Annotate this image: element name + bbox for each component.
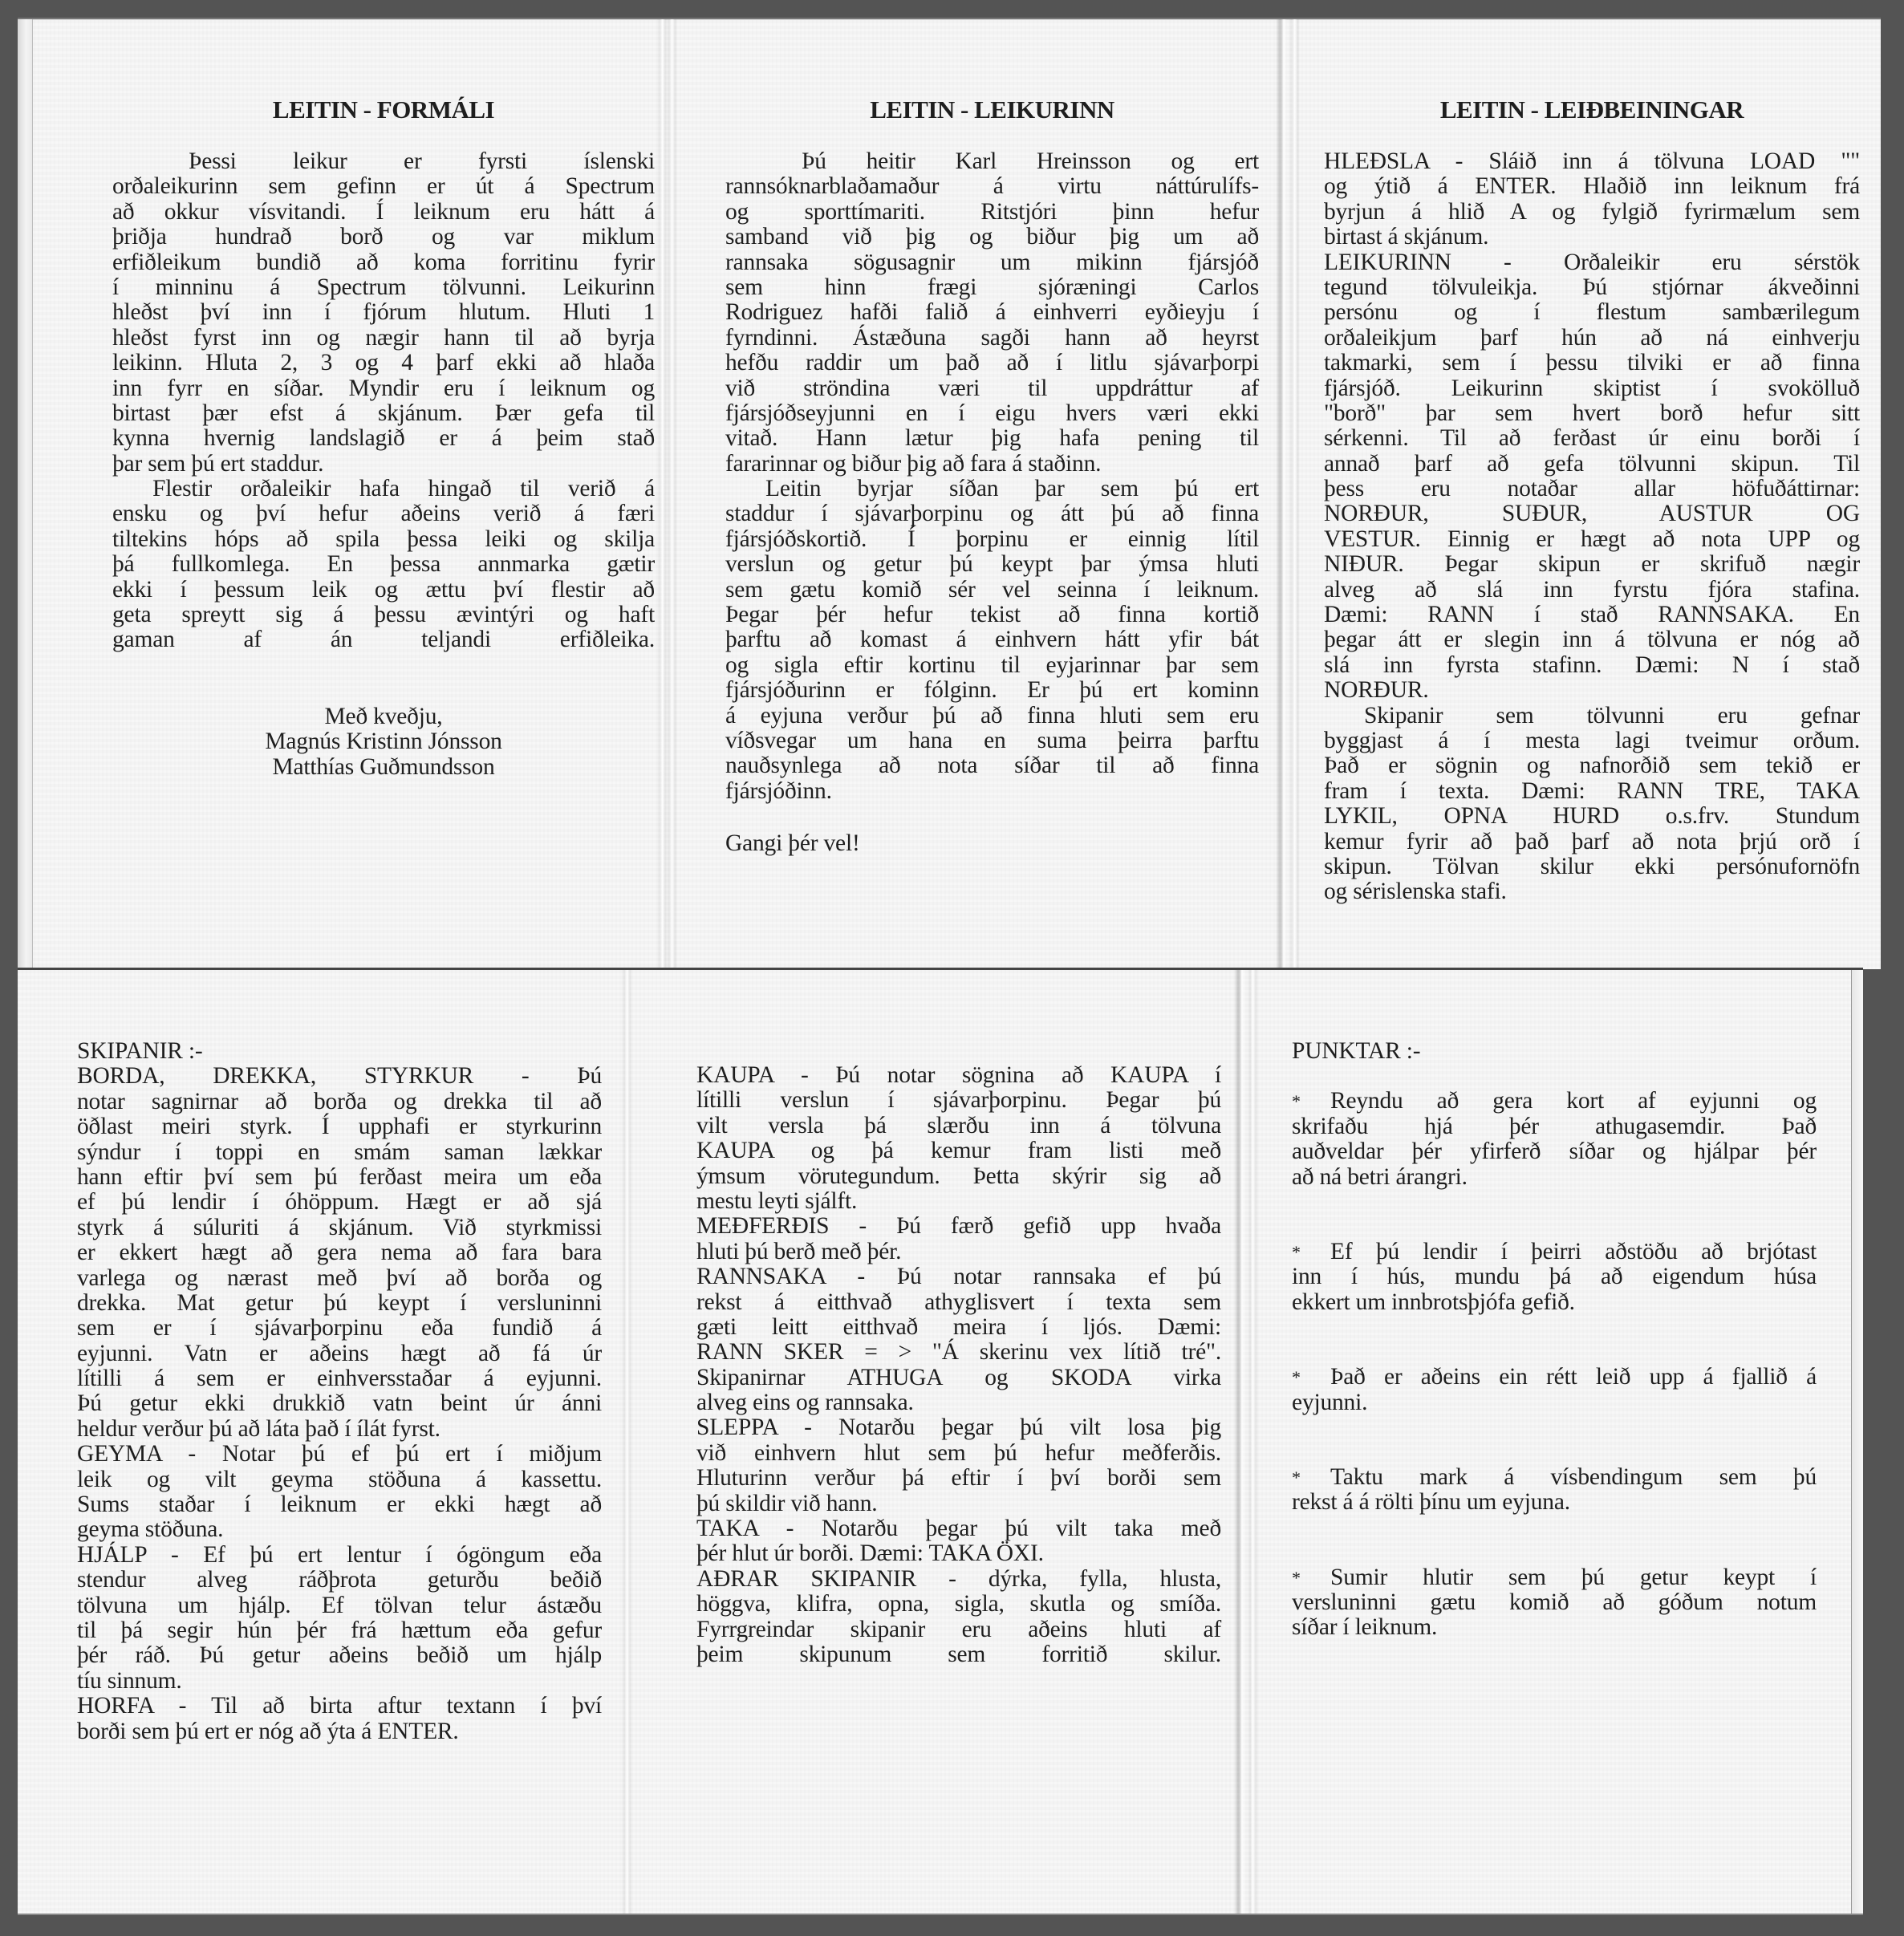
fold-crease bbox=[1247, 970, 1258, 1914]
text-line: og sporttímariti. Ritstjóri þinn hefur bbox=[725, 200, 1259, 225]
text-line: við ströndina væri til uppdráttur af bbox=[725, 376, 1259, 401]
text-line: fjársjóðurinn er fólginn. Er þú ert komi… bbox=[725, 678, 1259, 703]
text-line: kemur fyrir að það þarf að nota þrjú orð… bbox=[1324, 830, 1860, 854]
text-line: vitað. Hann lætur þig hafa pening til bbox=[725, 426, 1259, 451]
command-list: KAUPA - Þú notar sögnina að KAUPA ílítil… bbox=[696, 1063, 1221, 1667]
section-heading: LEITIN - FORMÁLI bbox=[112, 96, 655, 124]
text-line: alveg að slá inn fyrstu fjóra stafina. bbox=[1324, 578, 1860, 603]
text-line: við einhvern hlut sem þú hefur meðferðis… bbox=[696, 1441, 1221, 1466]
text-line: TAKA - Notarðu þegar þú vilt taka með bbox=[696, 1516, 1221, 1541]
text-line: þess eru notaðar allar höfuðáttirnar: bbox=[1324, 477, 1860, 501]
text-line: inn fyrr en síðar. Myndir eru í leiknum … bbox=[112, 376, 655, 401]
text-line: skrifaðu hjá þér athugasemdir. Það bbox=[1292, 1114, 1817, 1139]
text-line: erfiðleikum bundið að koma forritinu fyr… bbox=[112, 250, 655, 275]
text-line: hluti þú berð með þér. bbox=[696, 1240, 1221, 1264]
text-line: að ná betri árangri. bbox=[1292, 1165, 1817, 1190]
text-line: birtast á skjánum. bbox=[1324, 225, 1860, 250]
tip-item: *Taktu mark á vísbendingum sem þúrekst á… bbox=[1292, 1465, 1817, 1516]
paragraph: Þú heitir Karl Hreinsson og ertrannsókna… bbox=[725, 149, 1259, 477]
text-line: byggjast á í mesta lagi tveimur orðum. bbox=[1324, 729, 1860, 753]
text-line: RANN SKER = > "Á skerinu vex lítið tré". bbox=[696, 1340, 1221, 1365]
tip-item: *Reyndu að gera kort af eyjunni ogskrifa… bbox=[1292, 1089, 1817, 1190]
text-line: þegar átt er slegin inn á tölvuna er nóg… bbox=[1324, 627, 1860, 652]
bullet-icon: * bbox=[1292, 1240, 1330, 1264]
text-line: fararinnar og biður þig að fara á staðin… bbox=[725, 452, 1259, 477]
text-line: Rodriguez hafði falið á einhverri eyðiey… bbox=[725, 300, 1259, 325]
text-line: NORÐUR. bbox=[1324, 678, 1860, 703]
text-line: HORFA - Til að birta aftur textann í því bbox=[77, 1694, 602, 1719]
text-line: kynna hvernig landslagið er á þeim stað bbox=[112, 426, 655, 451]
text-line: sem gætu komið sér vel seinna í leiknum. bbox=[725, 578, 1259, 603]
signature-block: Með kveðju, Magnús Kristinn Jónsson Matt… bbox=[112, 704, 655, 780]
tip-item: *Það er aðeins ein rétt leið upp á fjall… bbox=[1292, 1365, 1817, 1415]
text-line: nauðsynlega að nota síðar til að finna bbox=[725, 753, 1259, 778]
text-line: notar sagnirnar að borða og drekka til a… bbox=[77, 1090, 602, 1114]
text-line: Skipanir sem tölvunni eru gefnar bbox=[1324, 704, 1860, 729]
text-line: Sums staðar í leiknum er ekki hægt að bbox=[77, 1492, 602, 1517]
leaflet-sheet-back: SKIPANIR :- BORDA, DREKKA, STYRKUR - Þún… bbox=[18, 968, 1863, 1915]
paragraph: Þessi leikur er fyrsti íslenskiorðaleiku… bbox=[112, 149, 655, 477]
text-line: annað þarf að gefa tölvunni skipun. Til bbox=[1324, 452, 1860, 477]
text-line: þér ráð. Þú getur aðeins beðið um hjálp bbox=[77, 1643, 602, 1668]
text-line: tíu sinnum. bbox=[77, 1669, 602, 1694]
text-line: sem er í sjávarþorpinu eða fundið á bbox=[77, 1316, 602, 1341]
text-line: RANNSAKA - Þú notar rannsaka ef þú bbox=[696, 1264, 1221, 1289]
text-line: eyjunni. Vatn er aðeins hægt að fá úr bbox=[77, 1341, 602, 1366]
paragraph: Skipanir sem tölvunni eru gefnarbyggjast… bbox=[1324, 704, 1860, 905]
panel-leikurinn: LEITIN - LEIKURINN Þú heitir Karl Hreins… bbox=[725, 96, 1259, 857]
panel-formali: LEITIN - FORMÁLI Þessi leikur er fyrsti … bbox=[112, 96, 655, 780]
fold-crease bbox=[666, 19, 677, 969]
text-line: hleðst fyrst inn og nægir hann til að by… bbox=[112, 326, 655, 351]
text-line: er ekkert hægt að gera nema að fara bara bbox=[77, 1240, 602, 1265]
panel-punktar: PUNKTAR :- *Reyndu að gera kort af eyjun… bbox=[1292, 1039, 1817, 1641]
text-line: inn í hús, mundu þá að eigendum húsa bbox=[1292, 1264, 1817, 1289]
text-line: gæti leitt eitthvað meira í ljós. Dæmi: bbox=[696, 1315, 1221, 1340]
text-line: rekst á á rölti þínu um eyjuna. bbox=[1292, 1490, 1817, 1515]
text-line: lítilli á sem er einhversstaðar á eyjunn… bbox=[77, 1366, 602, 1391]
text-line: þú skildir við hann. bbox=[696, 1492, 1221, 1516]
text-line: sýndur í toppi en smám saman lækkar bbox=[77, 1140, 602, 1165]
text-line: Skipanirnar ATHUGA og SKODA virka bbox=[696, 1366, 1221, 1390]
text-line: Leitin byrjar síðan þar sem þú ert bbox=[725, 477, 1259, 501]
text-line: orðaleikjum þarf hún að ná einhverju bbox=[1324, 326, 1860, 351]
text-line: ýmsum vörutegundum. Þetta skýrir sig að bbox=[696, 1164, 1221, 1189]
bullet-icon: * bbox=[1292, 1089, 1330, 1114]
section-heading: LEITIN - LEIÐBEININGAR bbox=[1324, 96, 1860, 124]
text-line: rannsaka sögusagnir um mikinn fjársjóð bbox=[725, 250, 1259, 275]
text-line: alveg eins og rannsaka. bbox=[696, 1390, 1221, 1415]
text-line: ekkert um innbrotsþjófa gefið. bbox=[1292, 1290, 1817, 1315]
text-line: AÐRAR SKIPANIR - dýrka, fylla, hlusta, bbox=[696, 1567, 1221, 1592]
bullet-icon: * bbox=[1292, 1565, 1330, 1590]
text-line: sem hinn frægi sjóræningi Carlos bbox=[725, 275, 1259, 300]
text-line: orðaleikurinn sem gefinn er út á Spectru… bbox=[112, 174, 655, 199]
text-line: fjársjóðseyjunni en í eigu hvers væri ek… bbox=[725, 401, 1259, 426]
text-line: samband við þig og biður þig um að bbox=[725, 225, 1259, 250]
leaflet-sheet-front: LEITIN - FORMÁLI Þessi leikur er fyrsti … bbox=[18, 18, 1881, 969]
closing-text: Gangi þér vel! bbox=[725, 831, 1259, 856]
fold-crease bbox=[621, 970, 632, 1914]
text-line: Fyrrgreindar skipanir eru aðeins hluti a… bbox=[696, 1617, 1221, 1642]
text-line: fyrndinni. Ástæðuna sagði hann að heyrst bbox=[725, 326, 1259, 351]
text-line: *Reyndu að gera kort af eyjunni og bbox=[1292, 1089, 1817, 1114]
text-line: víðsvegar um hana en suma þeirra þarftu bbox=[725, 729, 1259, 753]
text-line: í minninu á Spectrum tölvunni. Leikurinn bbox=[112, 275, 655, 300]
text-line: Þú getur ekki drukkið vatn beint úr ánni bbox=[77, 1391, 602, 1416]
text-line: rannsóknarblaðamaður á virtu náttúrulífs… bbox=[725, 174, 1259, 199]
text-line: fjársjóðinn. bbox=[725, 779, 1259, 804]
text-line: tegund tölvuleikja. Þú stjórnar ákveðinn… bbox=[1324, 275, 1860, 300]
text-line: og sigla eftir kortinu til eyjarinnar þa… bbox=[725, 653, 1259, 678]
text-line: Þú heitir Karl Hreinsson og ert bbox=[725, 149, 1259, 174]
text-line: heldur verður þú að láta það í ílát fyrs… bbox=[77, 1417, 602, 1442]
text-line: byrjun á hlið A og fylgið fyrirmælum sem bbox=[1324, 200, 1860, 225]
tips-list: *Reyndu að gera kort af eyjunni ogskrifa… bbox=[1292, 1089, 1817, 1640]
text-line: ensku og því hefur aðeins verið á færi bbox=[112, 501, 655, 526]
author-name: Magnús Kristinn Jónsson bbox=[112, 729, 655, 754]
text-line: þar sem þú ert staddur. bbox=[112, 452, 655, 477]
fold-crease bbox=[1276, 19, 1287, 969]
text-line: verslun og getur þú keypt þar ýmsa hluti bbox=[725, 552, 1259, 577]
text-line: og sérislenska stafi. bbox=[1324, 879, 1860, 904]
text-line: SLEPPA - Notarðu þegar þú vilt losa þig bbox=[696, 1415, 1221, 1440]
text-line: þér hlut úr borði. Dæmi: TAKA ÖXI. bbox=[696, 1541, 1221, 1566]
text-line: lítilli verslun í sjávarþorpinu. Þegar þ… bbox=[696, 1088, 1221, 1113]
text-line: fram í texta. Dæmi: RANN TRE, TAKA bbox=[1324, 779, 1860, 804]
text-line: takmarki, sem í þessu tilviki er að finn… bbox=[1324, 351, 1860, 375]
text-line: rekst á eitthvað athyglisvert í texta se… bbox=[696, 1290, 1221, 1315]
text-line: gaman af án teljandi erfiðleika. bbox=[112, 627, 655, 652]
text-line: "borð" þar sem hvert borð hefur sitt bbox=[1324, 401, 1860, 426]
paper-edge bbox=[1851, 970, 1863, 1914]
fold-crease bbox=[1234, 970, 1245, 1914]
text-line: geta spreytt sig á þessu ævintýri og haf… bbox=[112, 603, 655, 627]
text-line: slá inn fyrsta stafinn. Dæmi: N í stað bbox=[1324, 653, 1860, 678]
text-line: skipun. Tölvan skilur ekki persónufornöf… bbox=[1324, 854, 1860, 879]
text-line: höggva, klifra, opna, sigla, skutla og s… bbox=[696, 1592, 1221, 1617]
signoff-text: Með kveðju, bbox=[112, 704, 655, 729]
text-line: eyjunni. bbox=[1292, 1390, 1817, 1415]
text-line: þá fullkomlega. En þessa annmarka gætir bbox=[112, 552, 655, 577]
text-line: HJÁLP - Ef þú ert lentur í ógöngum eða bbox=[77, 1543, 602, 1568]
text-line: KAUPA - Þú notar sögnina að KAUPA í bbox=[696, 1063, 1221, 1088]
text-line: Þessi leikur er fyrsti íslenski bbox=[112, 149, 655, 174]
section-heading: SKIPANIR :- bbox=[77, 1039, 602, 1064]
text-line: GEYMA - Notar þú ef þú ert í miðjum bbox=[77, 1442, 602, 1467]
text-line: *Ef þú lendir í þeirri aðstöðu að brjóta… bbox=[1292, 1240, 1817, 1264]
text-line: NORÐUR, SUÐUR, AUSTUR OG bbox=[1324, 501, 1860, 526]
text-line: borði sem þú ert er nóg að ýta á ENTER. bbox=[77, 1719, 602, 1744]
text-line: hann eftir því sem þú ferðast meira um e… bbox=[77, 1165, 602, 1190]
text-line: LYKIL, OPNA HURD o.s.frv. Stundum bbox=[1324, 804, 1860, 829]
tip-item: *Sumir hlutir sem þú getur keypt íverslu… bbox=[1292, 1565, 1817, 1641]
text-line: þriðja hundrað borð og var miklum bbox=[112, 225, 655, 250]
paragraph: Flestir orðaleikir hafa hingað til verið… bbox=[112, 477, 655, 653]
author-name: Matthías Guðmundsson bbox=[112, 755, 655, 780]
text-line: Flestir orðaleikir hafa hingað til verið… bbox=[112, 477, 655, 501]
text-line: mestu leyti sjálft. bbox=[696, 1189, 1221, 1214]
text-line: LEIKURINN - Orðaleikir eru sérstök bbox=[1324, 250, 1860, 275]
panel-skipanir: SKIPANIR :- BORDA, DREKKA, STYRKUR - Þún… bbox=[77, 1039, 602, 1744]
text-line: fjársjóðskortið. Í þorpinu er einnig lít… bbox=[725, 527, 1259, 552]
text-line: KAUPA og þá kemur fram listi með bbox=[696, 1138, 1221, 1163]
text-line: BORDA, DREKKA, STYRKUR - Þú bbox=[77, 1064, 602, 1089]
text-line: vilt versla þá slærðu inn á tölvuna bbox=[696, 1114, 1221, 1138]
text-line: hefðu raddir um það að í litlu sjávarþor… bbox=[725, 351, 1259, 375]
text-line: Þegar þér hefur tekist að finna kortið bbox=[725, 603, 1259, 627]
text-line: sérkenni. Til að ferðast úr einu borði í bbox=[1324, 426, 1860, 451]
text-line: tölvuna um hjálp. Ef tölvan telur ástæðu bbox=[77, 1593, 602, 1618]
text-line: versluninni gætu komið að góðum notum bbox=[1292, 1590, 1817, 1615]
text-line: og ýtið á ENTER. Hlaðið inn leiknum frá bbox=[1324, 174, 1860, 199]
text-line: að okkur vísvitandi. Í leiknum eru hátt … bbox=[112, 200, 655, 225]
text-line: ef þú lendir í óhöppum. Hægt er að sjá bbox=[77, 1190, 602, 1215]
text-line: Dæmi: RANN í stað RANNSAKA. En bbox=[1324, 603, 1860, 627]
fold-crease bbox=[1289, 19, 1300, 969]
text-line: tiltekins hóps að spila þessa leiki og s… bbox=[112, 527, 655, 552]
text-line: *Það er aðeins ein rétt leið upp á fjall… bbox=[1292, 1365, 1817, 1390]
section-heading: LEITIN - LEIKURINN bbox=[725, 96, 1259, 124]
bullet-icon: * bbox=[1292, 1365, 1330, 1390]
text-line: *Sumir hlutir sem þú getur keypt í bbox=[1292, 1565, 1817, 1590]
bullet-icon: * bbox=[1292, 1465, 1330, 1490]
text-line: á eyjuna verður þú að finna hluti sem er… bbox=[725, 704, 1259, 729]
text-line: persónu og í flestum sambærilegum bbox=[1324, 300, 1860, 325]
tip-item: *Ef þú lendir í þeirri aðstöðu að brjóta… bbox=[1292, 1240, 1817, 1315]
text-line: Hluturinn verður þá eftir í því borði se… bbox=[696, 1466, 1221, 1491]
text-line: þarftu að komast á einhvern hátt yfir bá… bbox=[725, 627, 1259, 652]
text-line: MEÐFERÐIS - Þú færð gefið upp hvaða bbox=[696, 1214, 1221, 1239]
command-list: BORDA, DREKKA, STYRKUR - Þúnotar sagnirn… bbox=[77, 1064, 602, 1744]
paper-edge bbox=[18, 19, 33, 969]
text-line: leikinn. Hluta 2, 3 og 4 þarf ekki að hl… bbox=[112, 351, 655, 375]
text-line: hleðst því inn í fjórum hlutum. Hluti 1 bbox=[112, 300, 655, 325]
section-heading: PUNKTAR :- bbox=[1292, 1039, 1817, 1064]
text-line: síðar í leiknum. bbox=[1292, 1615, 1817, 1640]
text-line: *Taktu mark á vísbendingum sem þú bbox=[1292, 1465, 1817, 1490]
text-line: stendur alveg ráðþrota geturðu beðið bbox=[77, 1568, 602, 1593]
text-line: fjársjóð. Leikurinn skiptist í svokölluð bbox=[1324, 376, 1860, 401]
text-line: styrk á súluriti á skjánum. Við styrkmis… bbox=[77, 1216, 602, 1240]
text-line: öðlast meiri styrk. Í upphafi er styrkur… bbox=[77, 1114, 602, 1139]
text-line: VESTUR. Einnig er hægt að nota UPP og bbox=[1324, 527, 1860, 552]
text-line: NIÐUR. Þegar skipun er skrifuð nægir bbox=[1324, 552, 1860, 577]
paragraph: HLEÐSLA - Sláið inn á tölvuna LOAD ""og … bbox=[1324, 149, 1860, 704]
text-line: staddur í sjávarþorpinu og átt þú að fin… bbox=[725, 501, 1259, 526]
paragraph: Leitin byrjar síðan þar sem þú ertstaddu… bbox=[725, 477, 1259, 804]
text-line: þeim skipunum sem forritið skilur. bbox=[696, 1642, 1221, 1667]
panel-skipanir-continued: KAUPA - Þú notar sögnina að KAUPA ílítil… bbox=[696, 1063, 1221, 1667]
text-line: drekka. Mat getur þú keypt í versluninni bbox=[77, 1291, 602, 1316]
text-line: auðveldar þér yfirferð síðar og hjálpar … bbox=[1292, 1139, 1817, 1164]
text-line: birtast þær efst á skjánum. Þær gefa til bbox=[112, 401, 655, 426]
text-line: til þá segir hún þér frá hættum eða gefu… bbox=[77, 1618, 602, 1643]
text-line: varlega og nærast með því að borða og bbox=[77, 1266, 602, 1291]
text-line: geyma stöðuna. bbox=[77, 1517, 602, 1542]
text-line: HLEÐSLA - Sláið inn á tölvuna LOAD "" bbox=[1324, 149, 1860, 174]
text-line: ekki í þessum leik og ættu því flestir a… bbox=[112, 578, 655, 603]
text-line: Það er sögnin og nafnorðið sem tekið er bbox=[1324, 753, 1860, 778]
panel-leidbeiningar: LEITIN - LEIÐBEININGAR HLEÐSLA - Sláið i… bbox=[1324, 96, 1860, 905]
text-line: leik og vilt geyma stöðuna á kassettu. bbox=[77, 1467, 602, 1492]
